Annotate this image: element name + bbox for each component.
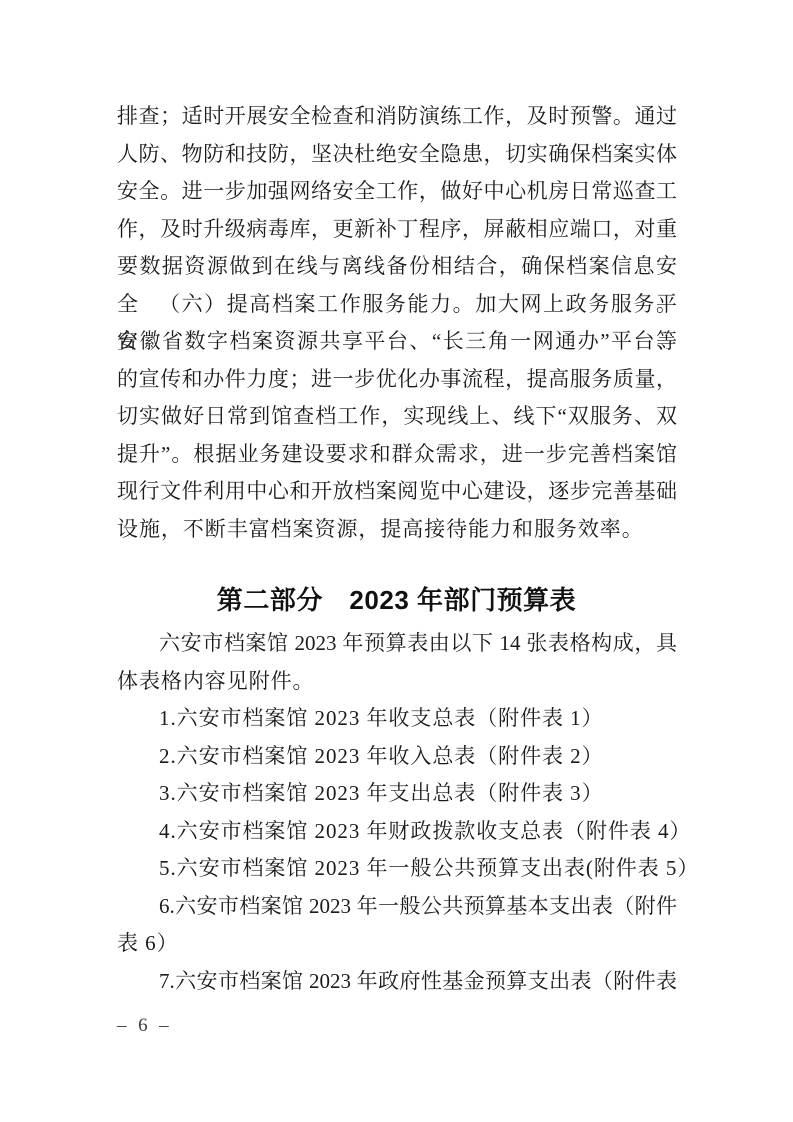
document-page: 排查；适时开展安全检查和消防演练工作，及时预警。通过 人防、物防和技防，坚决杜绝…: [0, 0, 793, 1122]
paragraph-security-line: 要数据资源做到在线与离线备份相结合，确保档案信息安全。: [117, 248, 677, 286]
budget-list-item: 6.六安市档案馆 2023 年一般公共预算基本支出表（附件: [117, 888, 677, 926]
paragraph-service-line: 设施，不断丰富档案资源，提高接待能力和服务效率。: [117, 511, 677, 549]
paragraph-intro-line: 体表格内容见附件。: [117, 663, 677, 701]
paragraph-service-line: 提升”。根据业务建设要求和群众需求，进一步完善档案馆: [117, 436, 677, 474]
paragraph-intro-line: 六安市档案馆 2023 年预算表由以下 14 张表格构成，具: [117, 625, 677, 663]
paragraph-service-line: （六）提高档案工作服务能力。加大网上政务服务平台、: [117, 286, 677, 324]
body-text-lower: 六安市档案馆 2023 年预算表由以下 14 张表格构成，具 体表格内容见附件。…: [117, 625, 677, 1000]
budget-list-item-wrap: 表 6）: [117, 925, 677, 963]
budget-list-item: 4.六安市档案馆 2023 年财政拨款收支总表（附件表 4）: [117, 813, 677, 851]
paragraph-service-line: 切实做好日常到馆查档工作，实现线上、线下“双服务、双: [117, 398, 677, 436]
paragraph-service-line: 现行文件利用中心和开放档案阅览中心建设，逐步完善基础: [117, 473, 677, 511]
budget-list-item: 2.六安市档案馆 2023 年收入总表（附件表 2）: [117, 738, 677, 776]
paragraph-service-line: 安徽省数字档案资源共享平台、“长三角一网通办”平台等: [117, 323, 677, 361]
budget-list-item: 1.六安市档案馆 2023 年收支总表（附件表 1）: [117, 700, 677, 738]
budget-list-item: 3.六安市档案馆 2023 年支出总表（附件表 3）: [117, 775, 677, 813]
budget-list-item: 5.六安市档案馆 2023 年一般公共预算支出表(附件表 5）: [117, 850, 677, 888]
paragraph-security-line: 人防、物防和技防，坚决杜绝安全隐患，切实确保档案实体: [117, 136, 677, 174]
body-text-upper: 排查；适时开展安全检查和消防演练工作，及时预警。通过 人防、物防和技防，坚决杜绝…: [117, 98, 677, 548]
budget-list-item: 7.六安市档案馆 2023 年政府性基金预算支出表（附件表: [117, 963, 677, 1001]
paragraph-service-line: 的宣传和办件力度；进一步优化办事流程，提高服务质量，: [117, 361, 677, 399]
paragraph-security-line: 安全。进一步加强网络安全工作，做好中心机房日常巡查工: [117, 173, 677, 211]
section-heading: 第二部分 2023 年部门预算表: [0, 582, 793, 618]
paragraph-security-line: 排查；适时开展安全检查和消防演练工作，及时预警。通过: [117, 98, 677, 136]
page-number: – 6 –: [117, 1012, 172, 1040]
paragraph-security-line: 作，及时升级病毒库，更新补丁程序，屏蔽相应端口，对重: [117, 211, 677, 249]
